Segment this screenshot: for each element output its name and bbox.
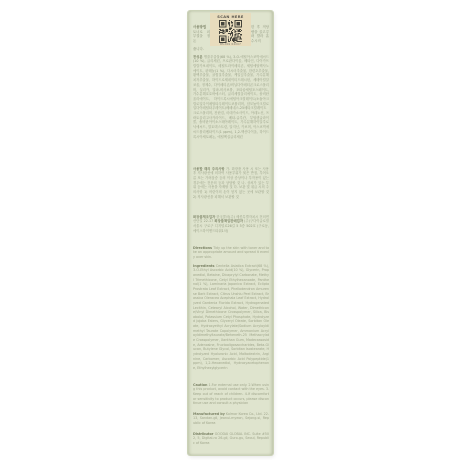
ingredients-en-text: Centella Asiatica Extract(68 %), 3-O-Eth…: [193, 264, 269, 370]
caution-en-paragraph: Caution 1.For external use only. 2.When …: [193, 383, 269, 407]
product-box-back-panel: 사용방법 토너로 피부결을 정돈 SCAN HERE BS-001 04X07 …: [188, 11, 273, 455]
usage-label: 사용방법: [193, 25, 206, 29]
qr-serial-text: BS-001 04X07: [220, 43, 241, 47]
distributor-label: Distributor: [193, 432, 213, 436]
ingredients-en-paragraph: Ingredients Centella Asiatica Extract(68…: [193, 264, 269, 379]
ingredients-ko-text: 병풀추출물(68 %), 3-O-에틸아스코빅애씨드(10 %), 글리세린, …: [193, 55, 269, 139]
directions-en-label: Directions: [193, 246, 212, 250]
ingredients-ko-paragraph: 전성분 병풀추출물(68 %), 3-O-에틸아스코빅애씨드(10 %), 글리…: [193, 55, 269, 163]
seller-ko-label: 화장품책임판매업자: [214, 219, 243, 223]
caution-ko-text: 가. 화장품 사용 시 또는 사용 후 직사광선에 의하여 사용부위가 붉은 반…: [193, 167, 269, 199]
company-ko-block: 화장품제조업자 한국콜마(주) 세종특별자치시 전의면 산단길 22-17 화장…: [193, 215, 269, 241]
usage-text-tail: 줍니다.: [193, 47, 269, 52]
distributor-paragraph: Distributor GOODAI GLOBAL INC. Suite #50…: [193, 432, 269, 448]
qr-code-icon: [219, 20, 242, 43]
usage-left-text: 토너로 피부결을 정돈: [193, 30, 210, 43]
usage-text-right: 한 후 적당량을 골고루 펴 발라 흡수시켜: [251, 13, 269, 45]
caution-ko-label: 사용할 때의 주의사항: [193, 167, 225, 171]
photo-background: 사용방법 토너로 피부결을 정돈 SCAN HERE BS-001 04X07 …: [0, 0, 460, 460]
caution-en-label: Caution: [193, 383, 207, 387]
manufactured-by-label: Manufactured by: [193, 412, 225, 416]
directions-en-paragraph: Directions Tidy up the skin with toner a…: [193, 246, 269, 261]
scan-here-label: SCAN HERE: [217, 15, 244, 20]
seller-ko-address: 서울시 구로구 디지털로26길 5 5층 502호 (구로동, 에이스하이엔드타…: [193, 224, 269, 233]
ingredients-en-label: Ingredients: [193, 264, 214, 268]
manufactured-by-paragraph: Manufactured by Kolmar Korea Co., Ltd. 2…: [193, 412, 269, 431]
manufacturer-ko-name: 한국콜마(주): [216, 215, 235, 219]
manufacturer-ko-label: 화장품제조업자: [193, 215, 215, 219]
scan-section: 사용방법 토너로 피부결을 정돈 SCAN HERE BS-001 04X07 …: [193, 13, 269, 46]
usage-text-left: 사용방법 토너로 피부결을 정돈: [193, 13, 210, 45]
seller-ko-name: (주)구다이글로벌: [244, 219, 269, 223]
ingredients-ko-label: 전성분: [193, 55, 203, 59]
caution-ko-paragraph: 사용할 때의 주의사항 가. 화장품 사용 시 또는 사용 후 직사광선에 의하…: [193, 167, 269, 211]
qr-sticker: SCAN HERE BS-001 04X07: [210, 13, 251, 46]
